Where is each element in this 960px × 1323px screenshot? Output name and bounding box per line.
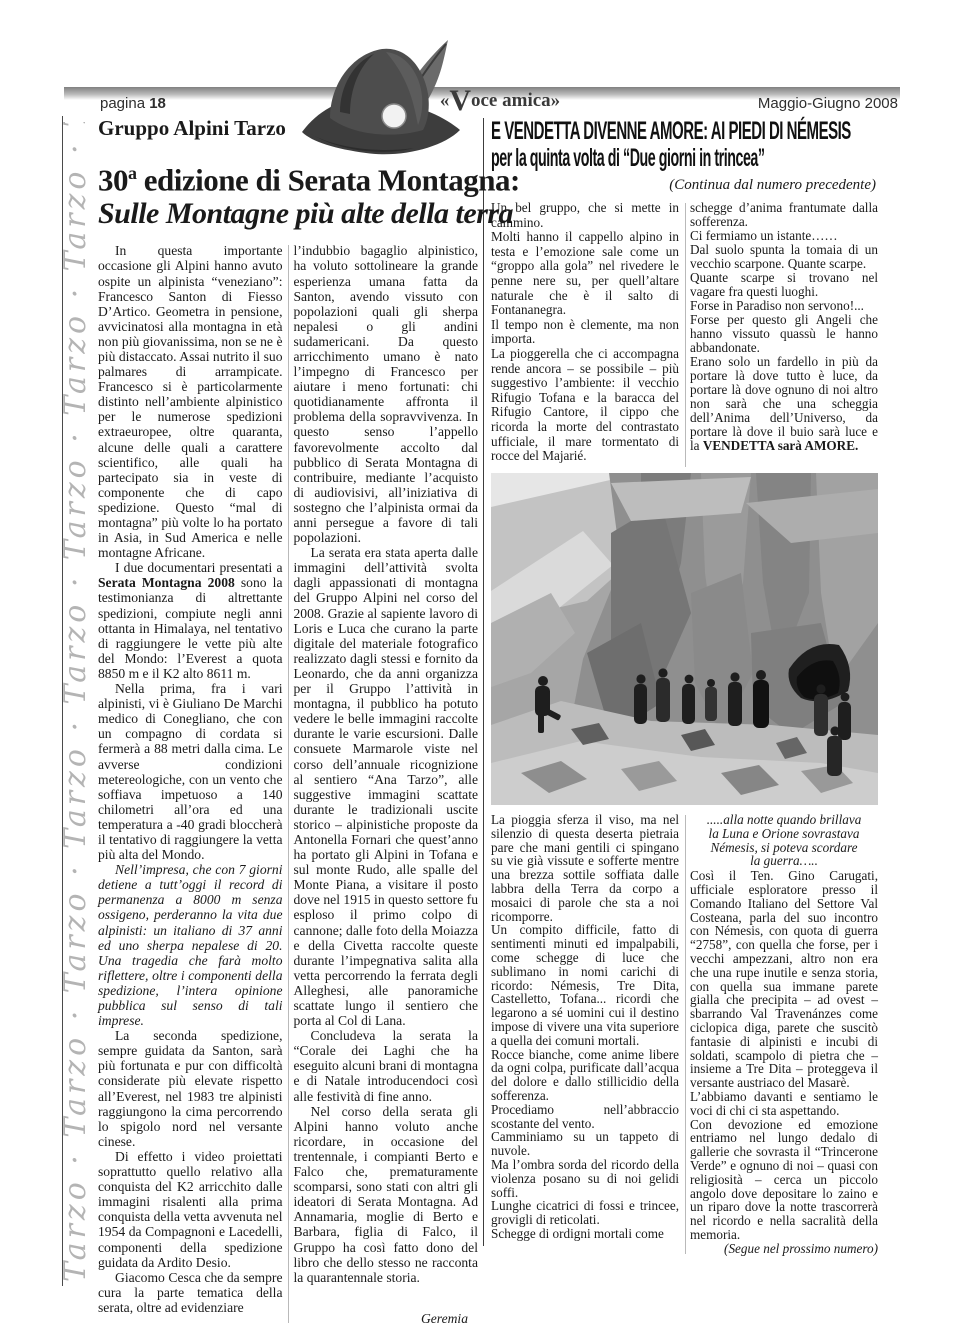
page-number-value: 18 — [149, 95, 166, 112]
issue-date: Maggio-Giugno 2008 — [758, 95, 898, 112]
headline-line-1: E VENDETTA DIVENNE AMORE: AI PIEDI DI NÉ… — [491, 118, 723, 145]
paragraph: Giacomo Cesca che da sempre cura la part… — [98, 1270, 283, 1315]
text-column-2-top: schegge d’anima frantumate dalla soffere… — [690, 201, 878, 469]
paragraph: Ma l’ombra sorda del ricordo della viole… — [491, 1158, 679, 1199]
paragraph: .....alla notte quando brillava la Luna … — [690, 813, 878, 868]
article-kicker: Gruppo Alpini Tarzo — [98, 116, 478, 141]
paragraph: Dal suolo spunta la tomaia di un vecchio… — [690, 243, 878, 271]
paragraph: La pioggia sferza il viso, ma nel silenz… — [491, 813, 679, 923]
paragraph: La pioggerella che ci accompagna rende a… — [491, 347, 679, 464]
paragraph: In questa importante occasione gli Alpin… — [98, 243, 283, 560]
paragraph: Procediamo nell’abbraccio scostante del … — [491, 1103, 679, 1131]
paragraph: La serata era stata aperta dalle immagin… — [294, 545, 479, 1028]
paragraph: Camminiamo su un tappeto di nuvole. — [491, 1130, 679, 1158]
text-column-1-top: Un bel gruppo, che si mette in cammino.M… — [491, 201, 679, 469]
text-column-2: l’indubbio bagaglio alpinistico, ha volu… — [294, 243, 479, 1323]
paragraph: Così il Ten. Gino Carugati, ufficiale es… — [690, 869, 878, 1090]
paragraph: Un compito difficile, fatto di sentiment… — [491, 923, 679, 1047]
paragraph: Di effetto i video proiettati soprattutt… — [98, 1149, 283, 1270]
paragraph: L’abbiamo davanti e sentiamo le voci di … — [690, 1090, 878, 1118]
paragraph: Geremia — [294, 1311, 479, 1323]
paragraph: Con devozione ed emozione entriamo nel l… — [690, 1118, 878, 1242]
paragraph: schegge d’anima frantumate dalla soffere… — [690, 201, 878, 229]
paragraph: (Segue nel prossimo numero) — [690, 1242, 878, 1256]
paragraph: I due documentari presentati a Serata Mo… — [98, 560, 283, 681]
article-title: 30a edizione di Serata Montagna: — [98, 157, 478, 196]
paragraph: Nel corso della serata gli Alpini hanno … — [294, 1104, 479, 1285]
headline-line-2: per la quinta volta di “Due giorni in tr… — [491, 145, 712, 172]
paragraph: Forse per questo gli Angeli che hanno vi… — [690, 313, 878, 355]
page-number-label: pagina — [100, 95, 145, 112]
paragraph: Nell’impresa, che con 7 giorni detiene a… — [98, 862, 283, 1028]
page-number: pagina 18 — [100, 95, 166, 112]
article-divider-rule — [483, 118, 484, 1246]
paragraph: Un bel gruppo, che si mette in cammino. — [491, 201, 679, 230]
article-vendetta-amore: E VENDETTA DIVENNE AMORE: AI PIEDI DI NÉ… — [491, 118, 878, 1256]
paragraph: Il tempo non è clemente, ma non importa. — [491, 318, 679, 347]
paragraph: Erano solo un fardello in più da portare… — [690, 355, 878, 453]
paragraph: Ci fermiamo un istante…… — [690, 229, 878, 243]
paragraph: Nella prima, fra i vari alpinisti, vi è … — [98, 681, 283, 862]
continued-from-note: (Continua dal numero precedente) — [491, 177, 876, 194]
paragraph: Lunghe cicatrici di fossi e trincee, gro… — [491, 1199, 679, 1227]
sidebar-vertical-text: Tarzo · Tarzo · Tarzo · Tarzo · Tarzo · … — [58, 122, 98, 1282]
paragraph: Rocce bianche, come anime libere da ogni… — [491, 1048, 679, 1103]
article-photo-hikers-cliff — [491, 473, 878, 805]
newspaper-page: pagina 18 «Voce amica» Maggio-Giugno 200… — [0, 0, 960, 1323]
text-column-1: In questa importante occasione gli Alpin… — [98, 243, 283, 1323]
text-column-1-bottom: La pioggia sferza il viso, ma nel silenz… — [491, 813, 679, 1256]
paragraph: l’indubbio bagaglio alpinistico, ha volu… — [294, 243, 479, 545]
paragraph: Forse in Paradiso non servono!... — [690, 299, 878, 313]
paragraph: Schegge di ordigni mortali come — [491, 1227, 679, 1241]
paragraph: La seconda spedizione, sempre guidata da… — [98, 1028, 283, 1149]
article-serata-montagna: Gruppo Alpini Tarzo 30a edizione di Sera… — [98, 116, 478, 1323]
paragraph: Molti hanno il cappello alpino in testa … — [491, 230, 679, 318]
article-headline: E VENDETTA DIVENNE AMORE: AI PIEDI DI NÉ… — [491, 118, 878, 172]
article-subtitle: Sulle Montagne più alte della terra — [98, 197, 478, 230]
paragraph: Concludeva la serata la “Corale dei Lagh… — [294, 1028, 479, 1103]
paragraph: Quante scarpe si trovano nel vagare fra … — [690, 271, 878, 299]
text-column-2-bottom: .....alla notte quando brillava la Luna … — [690, 813, 878, 1256]
